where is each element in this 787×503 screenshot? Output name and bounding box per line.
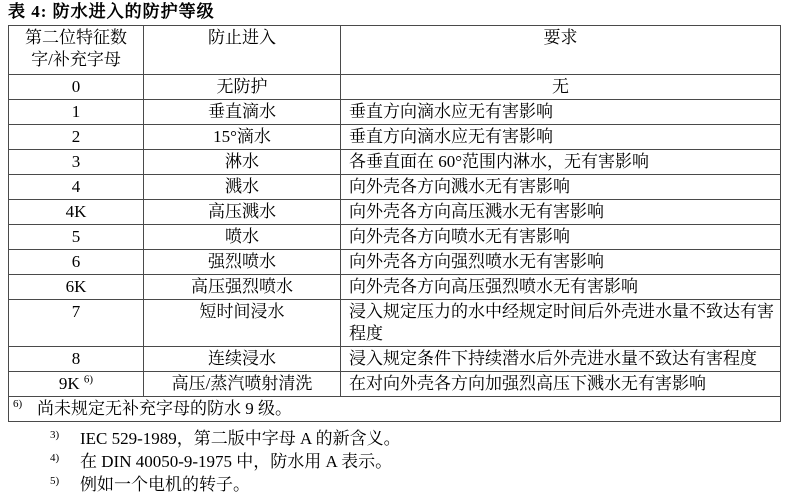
requirement-cell: 向外壳各方向溅水无有害影响: [341, 175, 781, 200]
code-cell: 4: [9, 175, 144, 200]
document-page: 表 4: 防水进入的防护等级 第二位特征数 字/补充字母 防止进入 要求 0无防…: [0, 0, 787, 496]
footnote-3-marker: 3): [50, 430, 80, 441]
page-footnotes: 3)IEC 529-1989，第二版中字母 A 的新含义。 4)在 DIN 40…: [50, 427, 780, 496]
protection-cell: 无防护: [144, 75, 341, 100]
table-caption: 表 4: 防水进入的防护等级: [8, 2, 780, 22]
table-body: 0无防护无1垂直滴水垂直方向滴水应无有害影响215°滴水垂直方向滴水应无有害影响…: [9, 75, 781, 397]
requirement-cell: 各垂直面在 60°范围内淋水，无有害影响: [341, 150, 781, 175]
table-header: 第二位特征数 字/补充字母 防止进入 要求: [9, 26, 781, 75]
table-footnote-text: 尚未规定无补充字母的防水 9 级。: [37, 399, 292, 418]
code-cell: 7: [9, 300, 144, 347]
table-row: 0无防护无: [9, 75, 781, 100]
requirement-cell: 无: [341, 75, 781, 100]
code-cell: 1: [9, 100, 144, 125]
footnote-4-marker: 4): [50, 453, 80, 464]
table-row: 6强烈喷水向外壳各方向强烈喷水无有害影响: [9, 250, 781, 275]
requirement-cell: 向外壳各方向高压强烈喷水无有害影响: [341, 275, 781, 300]
header-requirement-column: 要求: [341, 26, 781, 75]
table-row: 215°滴水垂直方向滴水应无有害影响: [9, 125, 781, 150]
table-row: 6K高压强烈喷水向外壳各方向高压强烈喷水无有害影响: [9, 275, 781, 300]
code-cell: 8: [9, 347, 144, 372]
header-code-column: 第二位特征数 字/补充字母: [9, 26, 144, 75]
requirement-cell: 向外壳各方向强烈喷水无有害影响: [341, 250, 781, 275]
requirement-cell: 浸入规定条件下持续潜水后外壳进水量不致达有害程度: [341, 347, 781, 372]
header-row: 第二位特征数 字/补充字母 防止进入 要求: [9, 26, 781, 75]
code-cell: 5: [9, 225, 144, 250]
table-row: 7短时间浸水浸入规定压力的水中经规定时间后外壳进水量不致达有害程度: [9, 300, 781, 347]
footnote-5-text: 例如一个电机的转子。: [80, 475, 250, 494]
table-footnote-row: 6)尚未规定无补充字母的防水 9 级。: [9, 397, 781, 422]
protection-cell: 溅水: [144, 175, 341, 200]
protection-cell: 淋水: [144, 150, 341, 175]
protection-grade-table: 第二位特征数 字/补充字母 防止进入 要求 0无防护无1垂直滴水垂直方向滴水应无…: [8, 25, 781, 422]
requirement-cell: 向外壳各方向喷水无有害影响: [341, 225, 781, 250]
footnote-4-text: 在 DIN 40050-9-1975 中，防水用 A 表示。: [80, 452, 392, 471]
table-row: 4K高压溅水向外壳各方向高压溅水无有害影响: [9, 200, 781, 225]
table-row: 4溅水向外壳各方向溅水无有害影响: [9, 175, 781, 200]
requirement-cell: 在对向外壳各方向加强烈高压下溅水无有害影响: [341, 372, 781, 397]
code-cell: 3: [9, 150, 144, 175]
requirement-cell: 垂直方向滴水应无有害影响: [341, 100, 781, 125]
requirement-cell: 垂直方向滴水应无有害影响: [341, 125, 781, 150]
footnote-3: 3)IEC 529-1989，第二版中字母 A 的新含义。: [50, 427, 780, 450]
table-footnote-cell: 6)尚未规定无补充字母的防水 9 级。: [9, 397, 781, 422]
code-cell: 6K: [9, 275, 144, 300]
footnote-5-marker: 5): [50, 476, 80, 487]
table-row: 5喷水向外壳各方向喷水无有害影响: [9, 225, 781, 250]
protection-cell: 高压/蒸汽喷射清洗: [144, 372, 341, 397]
table-footnote-section: 6)尚未规定无补充字母的防水 9 级。: [9, 397, 781, 422]
footnote-6-marker: 6): [13, 399, 37, 410]
code-cell: 4K: [9, 200, 144, 225]
protection-cell: 高压溅水: [144, 200, 341, 225]
protection-cell: 垂直滴水: [144, 100, 341, 125]
protection-cell: 喷水: [144, 225, 341, 250]
footnote-3-text: IEC 529-1989，第二版中字母 A 的新含义。: [80, 429, 401, 448]
table-row: 1垂直滴水垂直方向滴水应无有害影响: [9, 100, 781, 125]
code-cell: 2: [9, 125, 144, 150]
table-row: 3淋水各垂直面在 60°范围内淋水，无有害影响: [9, 150, 781, 175]
code-cell: 0: [9, 75, 144, 100]
code-cell: 9K 6): [9, 372, 144, 397]
protection-cell: 短时间浸水: [144, 300, 341, 347]
protection-cell: 15°滴水: [144, 125, 341, 150]
header-protection-column: 防止进入: [144, 26, 341, 75]
table-row: 9K 6)高压/蒸汽喷射清洗在对向外壳各方向加强烈高压下溅水无有害影响: [9, 372, 781, 397]
protection-cell: 连续浸水: [144, 347, 341, 372]
footnote-ref: 6): [84, 373, 93, 385]
protection-cell: 高压强烈喷水: [144, 275, 341, 300]
requirement-cell: 向外壳各方向高压溅水无有害影响: [341, 200, 781, 225]
footnote-5: 5)例如一个电机的转子。: [50, 473, 780, 496]
footnote-4: 4)在 DIN 40050-9-1975 中，防水用 A 表示。: [50, 450, 780, 473]
protection-cell: 强烈喷水: [144, 250, 341, 275]
table-row: 8连续浸水浸入规定条件下持续潜水后外壳进水量不致达有害程度: [9, 347, 781, 372]
code-cell: 6: [9, 250, 144, 275]
requirement-cell: 浸入规定压力的水中经规定时间后外壳进水量不致达有害程度: [341, 300, 781, 347]
